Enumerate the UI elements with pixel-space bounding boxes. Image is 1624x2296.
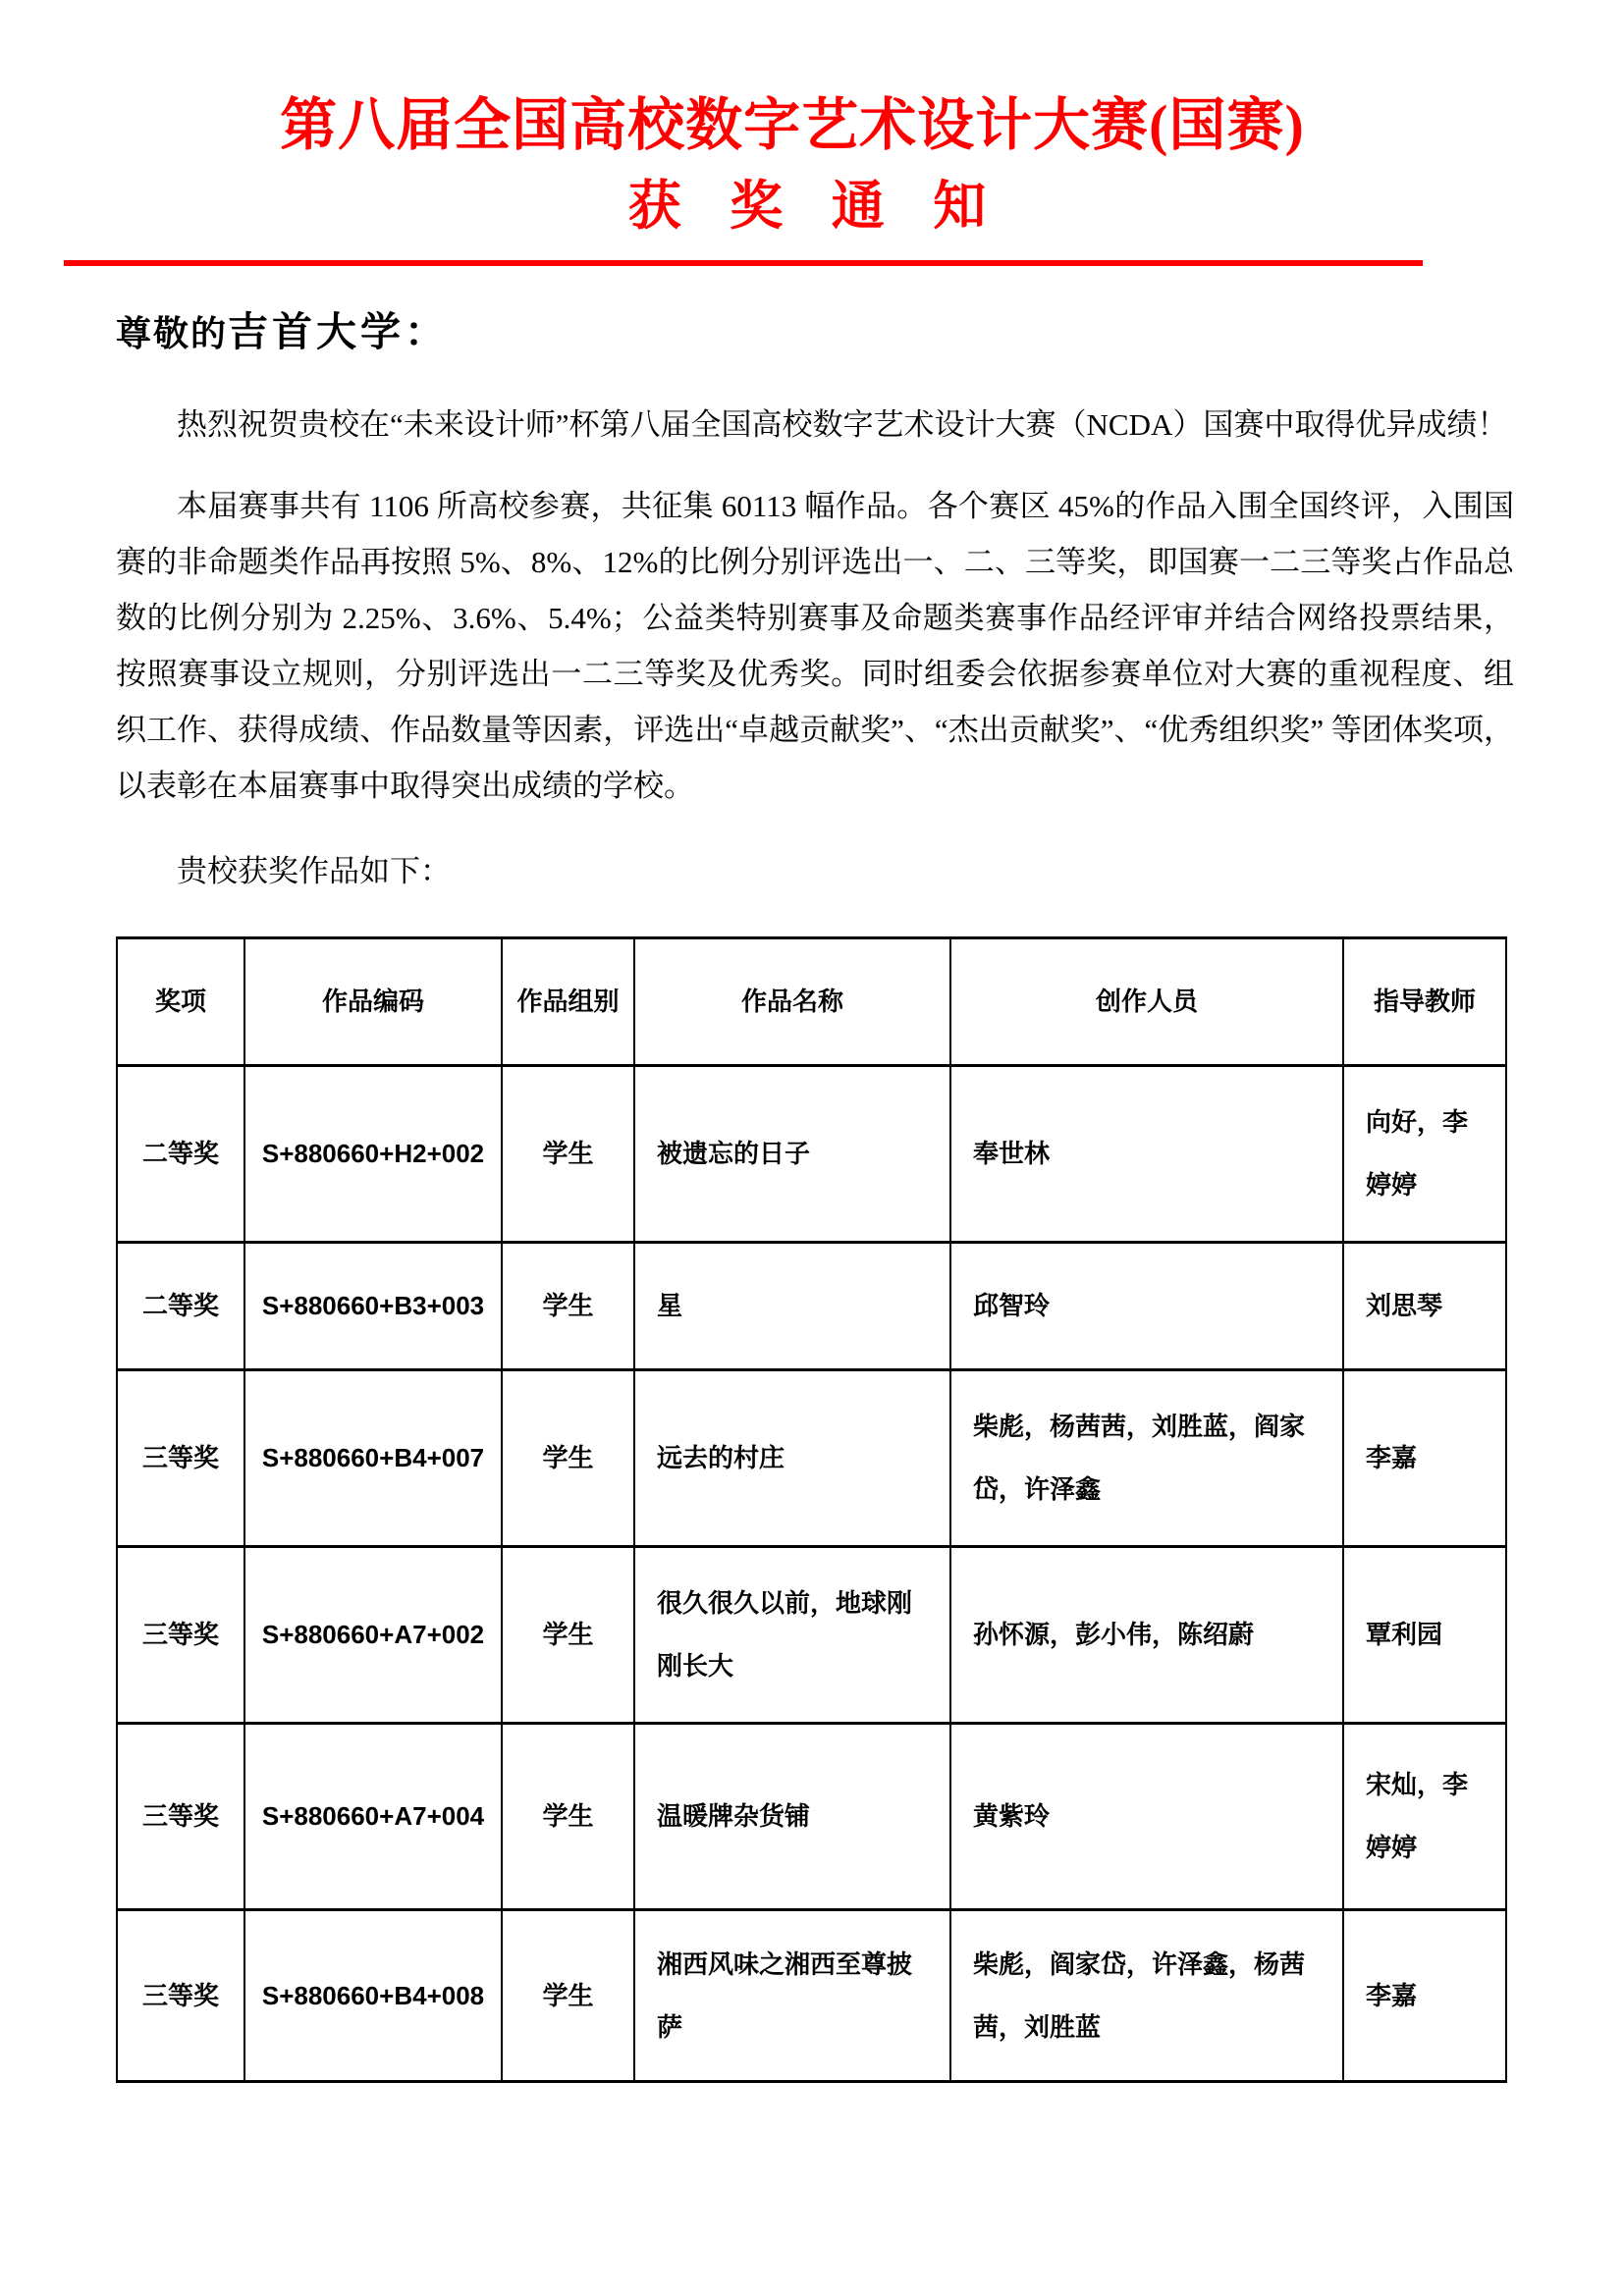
table-intro: 贵校获奖作品如下： bbox=[116, 843, 1514, 899]
stats-paragraph: 本届赛事共有 1106 所高校参赛，共征集 60113 幅作品。各个赛区 45%… bbox=[116, 478, 1514, 814]
award-cell: 二等奖 bbox=[117, 1065, 244, 1242]
group-cell: 学生 bbox=[502, 1546, 634, 1723]
advisor-cell: 覃利园 bbox=[1343, 1546, 1506, 1723]
col-header-work-title: 作品名称 bbox=[634, 937, 950, 1065]
work-title-cell: 很久很久以前，地球刚刚长大 bbox=[634, 1546, 950, 1723]
creators-cell: 柴彪，杨茜茜，刘胜蓝，阎家岱，许泽鑫 bbox=[950, 1369, 1343, 1546]
table-row: 二等奖 S+880660+B3+003 学生 星 邱智玲 刘思琴 bbox=[117, 1242, 1506, 1369]
group-cell: 学生 bbox=[502, 1369, 634, 1546]
salutation-colon: ： bbox=[405, 309, 449, 354]
award-cell: 三等奖 bbox=[117, 1546, 244, 1723]
advisor-cell: 向好，李婷婷 bbox=[1343, 1065, 1506, 1242]
col-header-advisor: 指导教师 bbox=[1343, 937, 1506, 1065]
group-cell: 学生 bbox=[502, 1909, 634, 2081]
advisor-cell: 宋灿，李婷婷 bbox=[1343, 1723, 1506, 1909]
red-divider bbox=[64, 260, 1423, 266]
table-row: 三等奖 S+880660+A7+004 学生 温暖牌杂货铺 黄紫玲 宋灿，李婷婷 bbox=[117, 1723, 1506, 1909]
work-title-cell: 温暖牌杂货铺 bbox=[634, 1723, 950, 1909]
award-cell: 三等奖 bbox=[117, 1369, 244, 1546]
awards-table: 奖项 作品编码 作品组别 作品名称 创作人员 指导教师 二等奖 S+880660… bbox=[116, 936, 1507, 2083]
creators-cell: 孙怀源，彭小伟，陈绍蔚 bbox=[950, 1546, 1343, 1723]
col-header-code: 作品编码 bbox=[244, 937, 502, 1065]
table-row: 三等奖 S+880660+B4+007 学生 远去的村庄 柴彪，杨茜茜，刘胜蓝，… bbox=[117, 1369, 1506, 1546]
competition-title: 第八届全国高校数字艺术设计大赛(国赛) bbox=[0, 90, 1585, 162]
award-notice-page: 第八届全国高校数字艺术设计大赛(国赛) 获 奖 通 知 尊敬的吉首大学： 热烈祝… bbox=[0, 0, 1624, 2296]
col-header-award: 奖项 bbox=[117, 937, 244, 1065]
table-row: 三等奖 S+880660+A7+002 学生 很久很久以前，地球刚刚长大 孙怀源… bbox=[117, 1546, 1506, 1723]
salutation: 尊敬的吉首大学： bbox=[116, 299, 1514, 357]
code-cell: S+880660+B4+007 bbox=[244, 1369, 502, 1546]
award-cell: 二等奖 bbox=[117, 1242, 244, 1369]
award-cell: 三等奖 bbox=[117, 1909, 244, 2081]
advisor-cell: 李嘉 bbox=[1343, 1909, 1506, 2081]
title-block: 第八届全国高校数字艺术设计大赛(国赛) 获 奖 通 知 bbox=[0, 90, 1624, 240]
work-title-cell: 远去的村庄 bbox=[634, 1369, 950, 1546]
col-header-group: 作品组别 bbox=[502, 937, 634, 1065]
group-cell: 学生 bbox=[502, 1242, 634, 1369]
advisor-cell: 李嘉 bbox=[1343, 1369, 1506, 1546]
salutation-prefix: 尊敬的 bbox=[116, 314, 228, 353]
work-title-cell: 星 bbox=[634, 1242, 950, 1369]
code-cell: S+880660+A7+004 bbox=[244, 1723, 502, 1909]
group-cell: 学生 bbox=[502, 1723, 634, 1909]
table-header-row: 奖项 作品编码 作品组别 作品名称 创作人员 指导教师 bbox=[117, 937, 1506, 1065]
code-cell: S+880660+B4+008 bbox=[244, 1909, 502, 2081]
award-cell: 三等奖 bbox=[117, 1723, 244, 1909]
congrats-paragraph: 热烈祝贺贵校在“未来设计师”杯第八届全国高校数字艺术设计大赛（NCDA）国赛中取… bbox=[116, 397, 1514, 453]
creators-cell: 柴彪，阎家岱，许泽鑫，杨茜茜，刘胜蓝 bbox=[950, 1909, 1343, 2081]
table-row: 三等奖 S+880660+B4+008 学生 湘西风味之湘西至尊披萨 柴彪，阎家… bbox=[117, 1909, 1506, 2081]
table-row: 二等奖 S+880660+H2+002 学生 被遗忘的日子 奉世林 向好，李婷婷 bbox=[117, 1065, 1506, 1242]
work-title-cell: 被遗忘的日子 bbox=[634, 1065, 950, 1242]
code-cell: S+880660+A7+002 bbox=[244, 1546, 502, 1723]
work-title-cell: 湘西风味之湘西至尊披萨 bbox=[634, 1909, 950, 2081]
col-header-creators: 创作人员 bbox=[950, 937, 1343, 1065]
creators-cell: 黄紫玲 bbox=[950, 1723, 1343, 1909]
advisor-cell: 刘思琴 bbox=[1343, 1242, 1506, 1369]
creators-cell: 邱智玲 bbox=[950, 1242, 1343, 1369]
creators-cell: 奉世林 bbox=[950, 1065, 1343, 1242]
notice-title: 获 奖 通 知 bbox=[0, 172, 1624, 240]
school-name: 吉首大学 bbox=[228, 309, 405, 354]
code-cell: S+880660+H2+002 bbox=[244, 1065, 502, 1242]
group-cell: 学生 bbox=[502, 1065, 634, 1242]
code-cell: S+880660+B3+003 bbox=[244, 1242, 502, 1369]
